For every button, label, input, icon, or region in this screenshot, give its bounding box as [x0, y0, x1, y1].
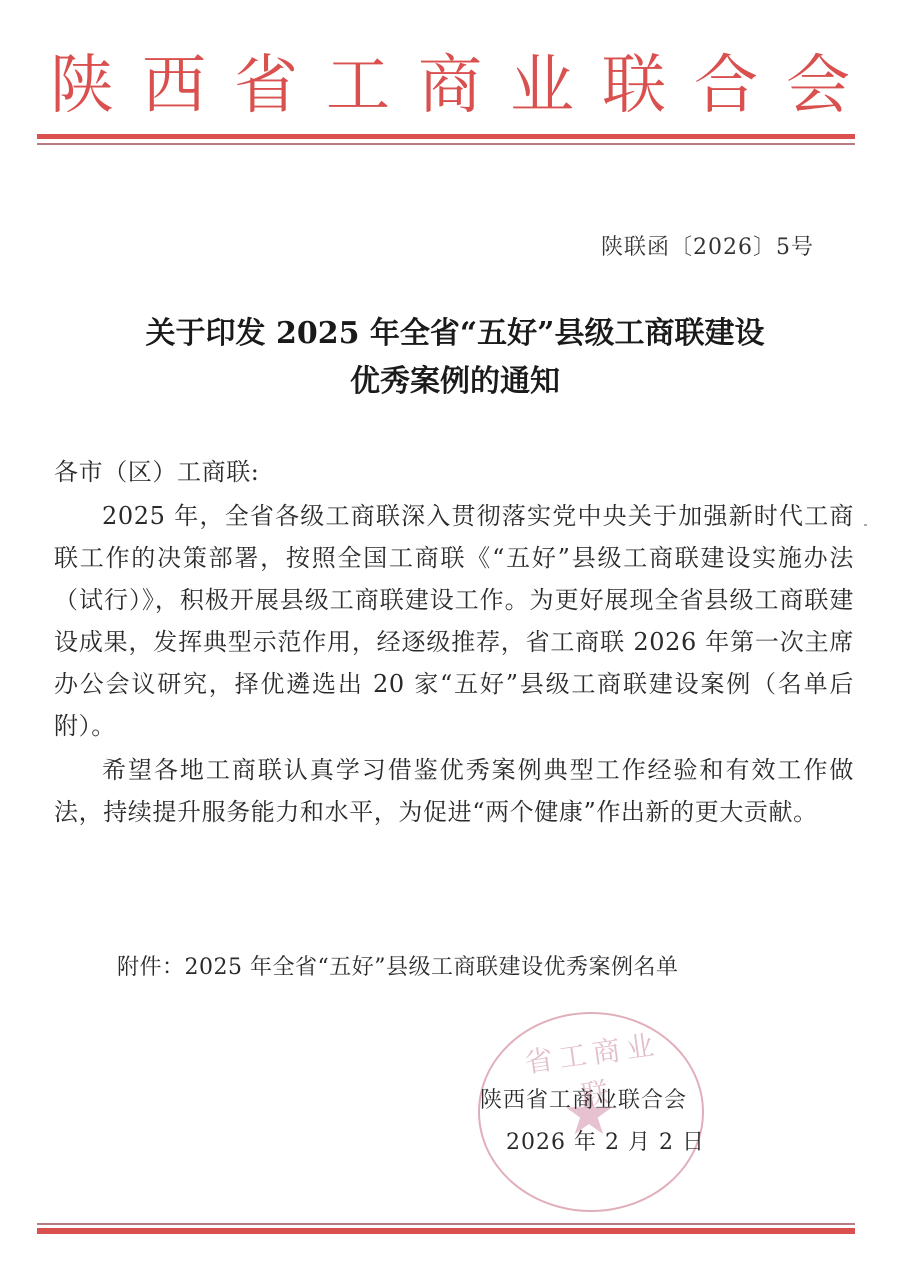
document-title: 关于印发 2025 年全省“五好”县级工商联建设 优秀案例的通知	[30, 310, 880, 406]
masthead-char: 西	[132, 46, 216, 126]
masthead-char: 省	[224, 46, 308, 126]
attachment-note: 附件：2025 年全省“五好”县级工商联建设优秀案例名单	[117, 950, 857, 986]
body-paragraph-1: 2025 年，全省各级工商联深入贯彻落实党中央关于加强新时代工商联工作的决策部署…	[54, 495, 854, 747]
footer-red-rule	[37, 1228, 855, 1234]
signature-date: 2026 年 2 月 2 日	[506, 1126, 705, 1160]
masthead-title: 陕 西 省 工 商 业 联 合 会	[40, 46, 860, 126]
masthead: 陕 西 省 工 商 业 联 合 会	[0, 38, 906, 128]
scan-speck	[864, 524, 867, 526]
salutation: 各市（区）工商联:	[54, 451, 854, 493]
document-number: 陕联函〔2026〕5号	[601, 232, 814, 264]
masthead-char: 会	[776, 46, 860, 126]
masthead-char: 商	[408, 46, 492, 126]
header-thin-rule	[37, 143, 855, 145]
document-title-line-1: 关于印发 2025 年全省“五好”县级工商联建设	[30, 310, 880, 358]
masthead-char: 工	[316, 46, 400, 126]
masthead-char: 陕	[40, 46, 124, 126]
header-red-rule	[37, 134, 855, 139]
document-title-line-2: 优秀案例的通知	[30, 358, 880, 406]
body-paragraph-2: 希望各地工商联认真学习借鉴优秀案例典型工作经验和有效工作做法，持续提升服务能力和…	[54, 749, 854, 833]
footer-thin-rule	[37, 1223, 855, 1225]
masthead-char: 业	[500, 46, 584, 126]
masthead-char: 联	[592, 46, 676, 126]
signer-organization: 陕西省工商业联合会	[480, 1084, 687, 1118]
masthead-char: 合	[684, 46, 768, 126]
